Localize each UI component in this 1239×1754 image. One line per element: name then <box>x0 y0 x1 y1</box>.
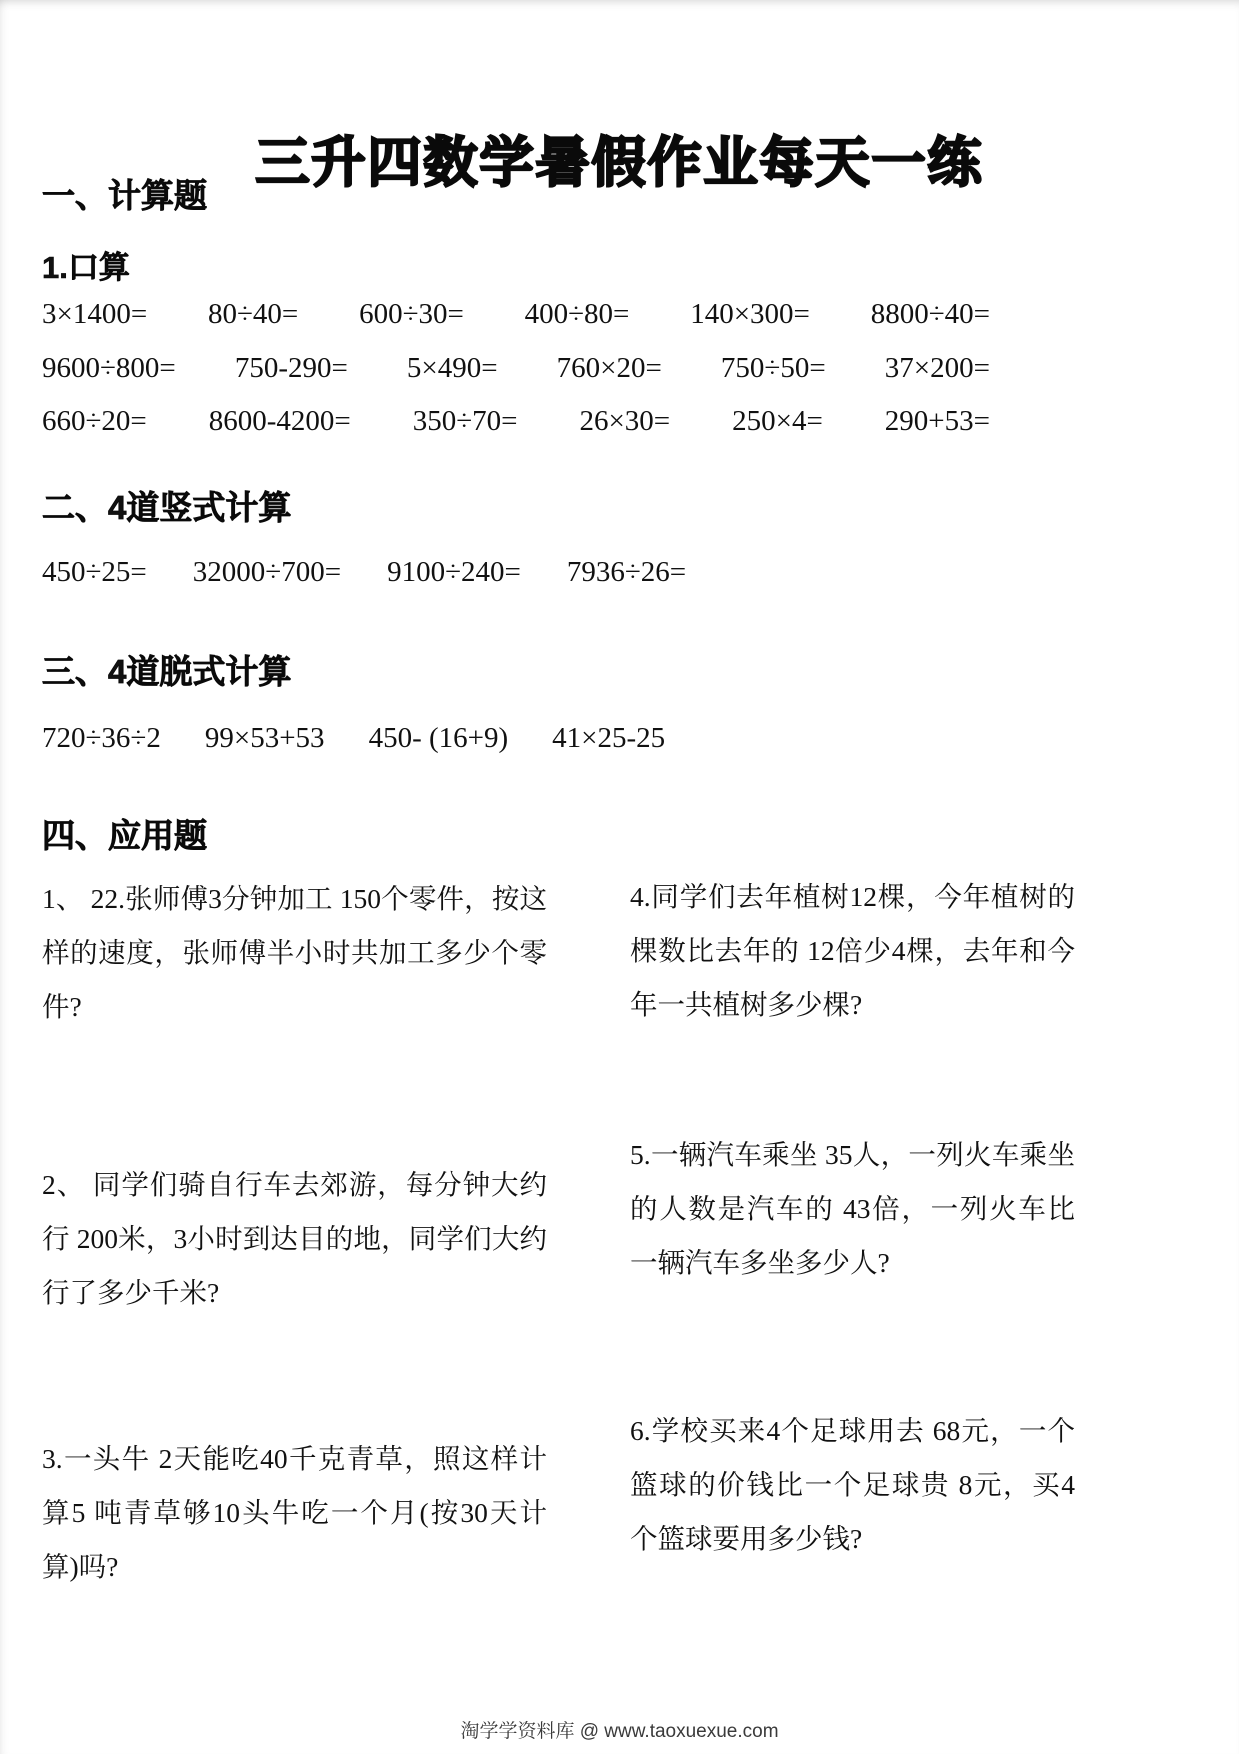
oral-problem: 26×30= <box>579 405 670 438</box>
oral-calc-row-1: 3×1400= 80÷40= 600÷30= 400÷80= 140×300= … <box>42 298 990 331</box>
section-4-heading: 四、应用题 <box>42 810 207 857</box>
oral-problem: 8800÷40= <box>871 298 990 331</box>
oral-problem: 600÷30= <box>359 298 464 331</box>
recursive-calc-row: 720÷36÷2 99×53+53 450- (16+9) 41×25-25 <box>42 722 665 755</box>
oral-problem: 37×200= <box>885 352 990 385</box>
oral-problem: 9600÷800= <box>42 352 176 385</box>
oral-problem: 750÷50= <box>721 352 826 385</box>
footer-watermark: 淘学学资料库 @ www.taoxuexue.com <box>0 1716 1239 1743</box>
vertical-problem: 9100÷240= <box>387 556 521 589</box>
vertical-problem: 32000÷700= <box>193 556 341 589</box>
vertical-problem: 450÷25= <box>42 556 147 589</box>
recursive-problem: 41×25-25 <box>552 722 665 755</box>
worksheet-page: 三升四数学暑假作业每天一练 一、计算题 1.口算 3×1400= 80÷40= … <box>0 0 1239 1754</box>
oral-calc-subheading: 1.口算 <box>42 242 130 287</box>
oral-calc-row-2: 9600÷800= 750-290= 5×490= 760×20= 750÷50… <box>42 352 990 385</box>
word-problem-4: 4.同学们去年植树12棵，今年植树的棵数比去年的 12倍少4棵，去年和今年一共植… <box>630 870 1075 1032</box>
vertical-problem: 7936÷26= <box>567 556 686 589</box>
oral-problem: 250×4= <box>732 405 823 438</box>
oral-problem: 290+53= <box>885 405 990 438</box>
recursive-problem: 99×53+53 <box>205 722 325 755</box>
oral-problem: 5×490= <box>407 352 498 385</box>
word-problem-5: 5.一辆汽车乘坐 35人，一列火车乘坐的人数是汽车的 43倍，一列火车比一辆汽车… <box>630 1128 1075 1290</box>
section-3-heading: 三、4道脱式计算 <box>42 646 291 693</box>
recursive-problem: 450- (16+9) <box>369 722 509 755</box>
oral-problem: 760×20= <box>557 352 662 385</box>
word-problem-2: 2、 同学们骑自行车去郊游，每分钟大约行 200米，3小时到达目的地，同学们大约… <box>42 1158 547 1320</box>
section-1-heading: 一、计算题 <box>42 170 207 217</box>
word-problem-3: 3.一头牛 2天能吃40千克青草，照这样计算5 吨青草够10头牛吃一个月(按30… <box>42 1432 547 1594</box>
oral-problem: 350÷70= <box>413 405 518 438</box>
section-2-heading: 二、4道竖式计算 <box>42 482 291 529</box>
word-problem-1: 1、 22.张师傅3分钟加工 150个零件，按这样的速度，张师傅半小时共加工多少… <box>42 872 547 1034</box>
oral-problem: 8600-4200= <box>209 405 351 438</box>
recursive-problem: 720÷36÷2 <box>42 722 161 755</box>
oral-problem: 660÷20= <box>42 405 147 438</box>
vertical-calc-row: 450÷25= 32000÷700= 9100÷240= 7936÷26= <box>42 556 686 589</box>
oral-problem: 400÷80= <box>525 298 630 331</box>
oral-problem: 80÷40= <box>208 298 298 331</box>
oral-calc-row-3: 660÷20= 8600-4200= 350÷70= 26×30= 250×4=… <box>42 405 990 438</box>
oral-problem: 140×300= <box>690 298 810 331</box>
oral-problem: 750-290= <box>235 352 348 385</box>
word-problem-6: 6.学校买来4个足球用去 68元，一个篮球的价钱比一个足球贵 8元，买4个篮球要… <box>630 1404 1075 1566</box>
oral-problem: 3×1400= <box>42 298 147 331</box>
